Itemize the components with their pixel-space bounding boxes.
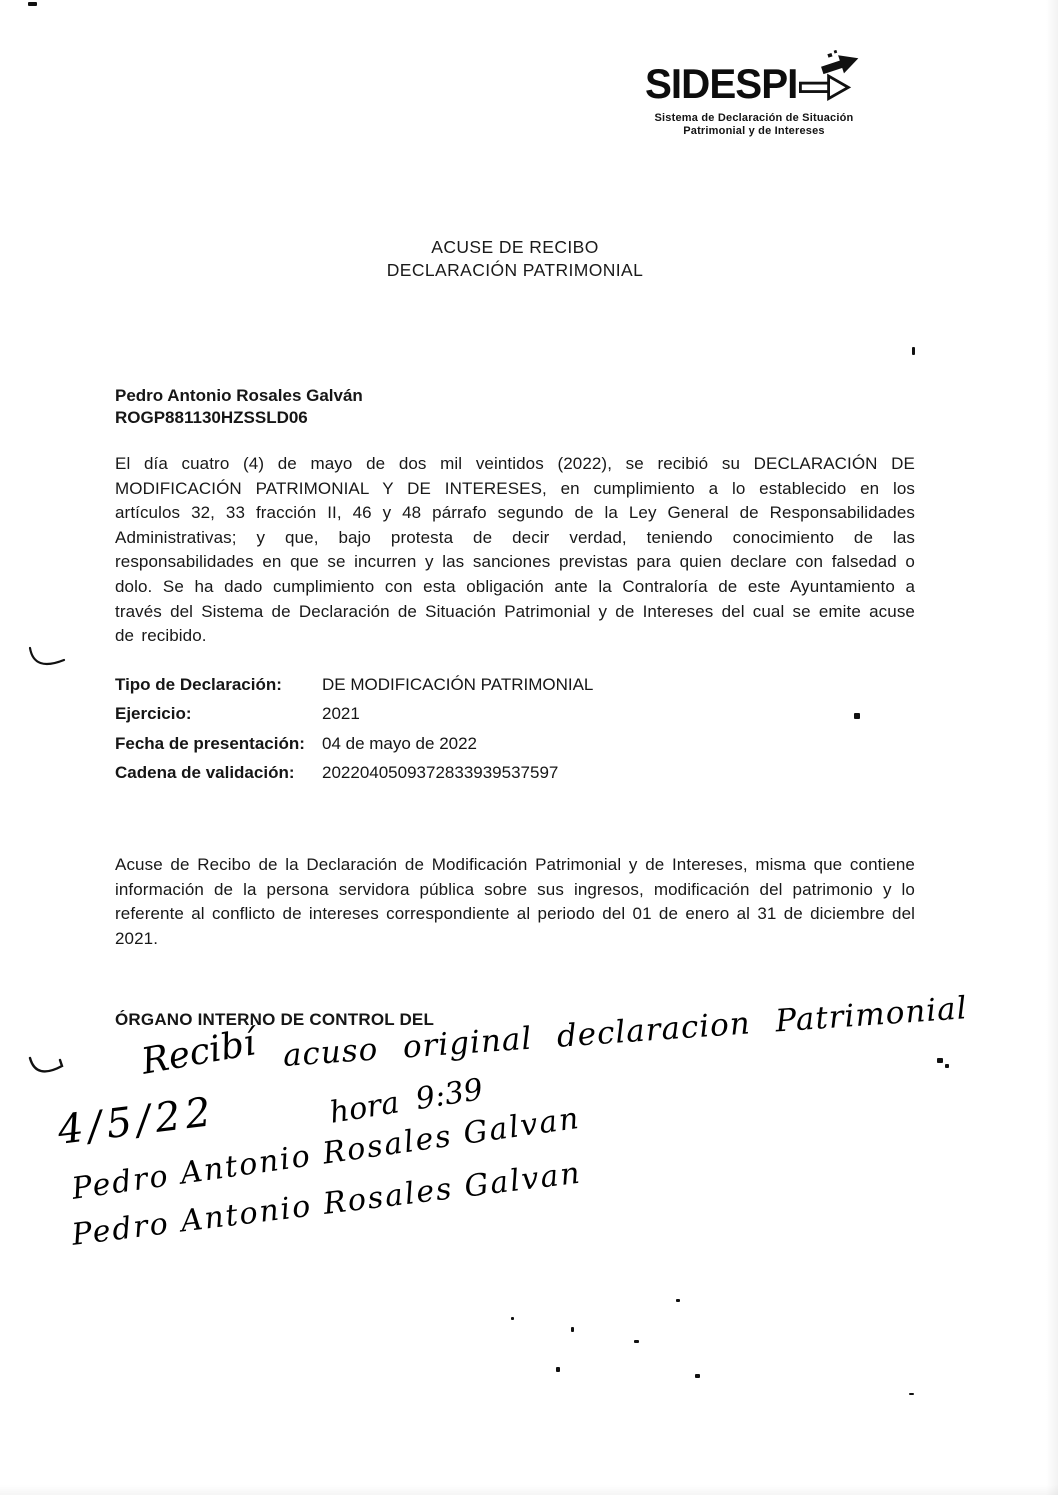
scan-speck <box>912 347 915 355</box>
detail-value: 2022040509372833939537597 <box>322 762 815 784</box>
detail-label: Tipo de Declaración: <box>115 674 322 696</box>
scan-edge-shadow-right <box>1046 0 1058 1495</box>
scan-speck <box>945 1064 949 1068</box>
document-title: ACUSE DE RECIBO DECLARACIÓN PATRIMONIAL <box>0 236 1030 281</box>
detail-row-fecha: Fecha de presentación: 04 de mayo de 202… <box>115 733 815 755</box>
document-title-line1: ACUSE DE RECIBO <box>0 236 1030 259</box>
logo-wordmark: SIDESPI <box>645 62 797 106</box>
body-paragraph-1: El día cuatro (4) de mayo de dos mil vei… <box>115 452 915 649</box>
logo-arrow-icon <box>794 50 866 112</box>
detail-row-tipo: Tipo de Declaración: DE MODIFICACIÓN PAT… <box>115 674 815 696</box>
scan-speck <box>909 1393 914 1395</box>
sidespi-logo: SIDESPI Sistema de Declaración de Situac… <box>645 56 885 138</box>
detail-row-cadena: Cadena de validación: 202204050937283393… <box>115 762 815 784</box>
recipient-name: Pedro Antonio Rosales Galván <box>115 385 363 407</box>
scan-speck <box>556 1367 560 1372</box>
logo-tagline-line1: Sistema de Declaración de Situación <box>645 112 863 125</box>
scan-speck <box>28 2 37 6</box>
scan-speck <box>854 713 860 719</box>
scan-arc-mark-1 <box>24 640 74 680</box>
handwritten-note-received: Recibí <box>138 1022 258 1082</box>
handwritten-date: 4/5/22 <box>55 1089 218 1154</box>
detail-label: Fecha de presentación: <box>115 733 322 755</box>
details-list: Tipo de Declaración: DE MODIFICACIÓN PAT… <box>115 674 815 791</box>
detail-value: 2021 <box>322 703 815 725</box>
scan-speck <box>511 1317 514 1320</box>
detail-label: Ejercicio: <box>115 703 322 725</box>
scanned-document-page: SIDESPI Sistema de Declaración de Situac… <box>0 0 1058 1495</box>
scan-speck <box>937 1058 943 1063</box>
document-title-line2: DECLARACIÓN PATRIMONIAL <box>0 259 1030 282</box>
detail-value: 04 de mayo de 2022 <box>322 733 815 755</box>
detail-value: DE MODIFICACIÓN PATRIMONIAL <box>322 674 815 696</box>
scan-speck <box>634 1340 639 1343</box>
scan-edge-shadow-bottom <box>0 1485 1058 1495</box>
recipient-id: ROGP881130HZSSLD06 <box>115 407 363 429</box>
scan-speck <box>676 1299 680 1302</box>
logo-tagline-line2: Patrimonial y de Intereses <box>645 125 863 138</box>
scan-speck <box>695 1374 700 1378</box>
scan-speck <box>571 1327 574 1332</box>
detail-row-ejercicio: Ejercicio: 2021 <box>115 703 815 725</box>
detail-label: Cadena de validación: <box>115 762 322 784</box>
handwritten-note-body: acuso original declaracion Patrimonial <box>282 990 969 1074</box>
org-heading: ÓRGANO INTERNO DE CONTROL DEL <box>115 1010 434 1030</box>
body-paragraph-2: Acuse de Recibo de la Declaración de Mod… <box>115 853 915 951</box>
recipient-block: Pedro Antonio Rosales Galván ROGP881130H… <box>115 385 363 429</box>
scan-arc-mark-2 <box>22 1046 74 1086</box>
